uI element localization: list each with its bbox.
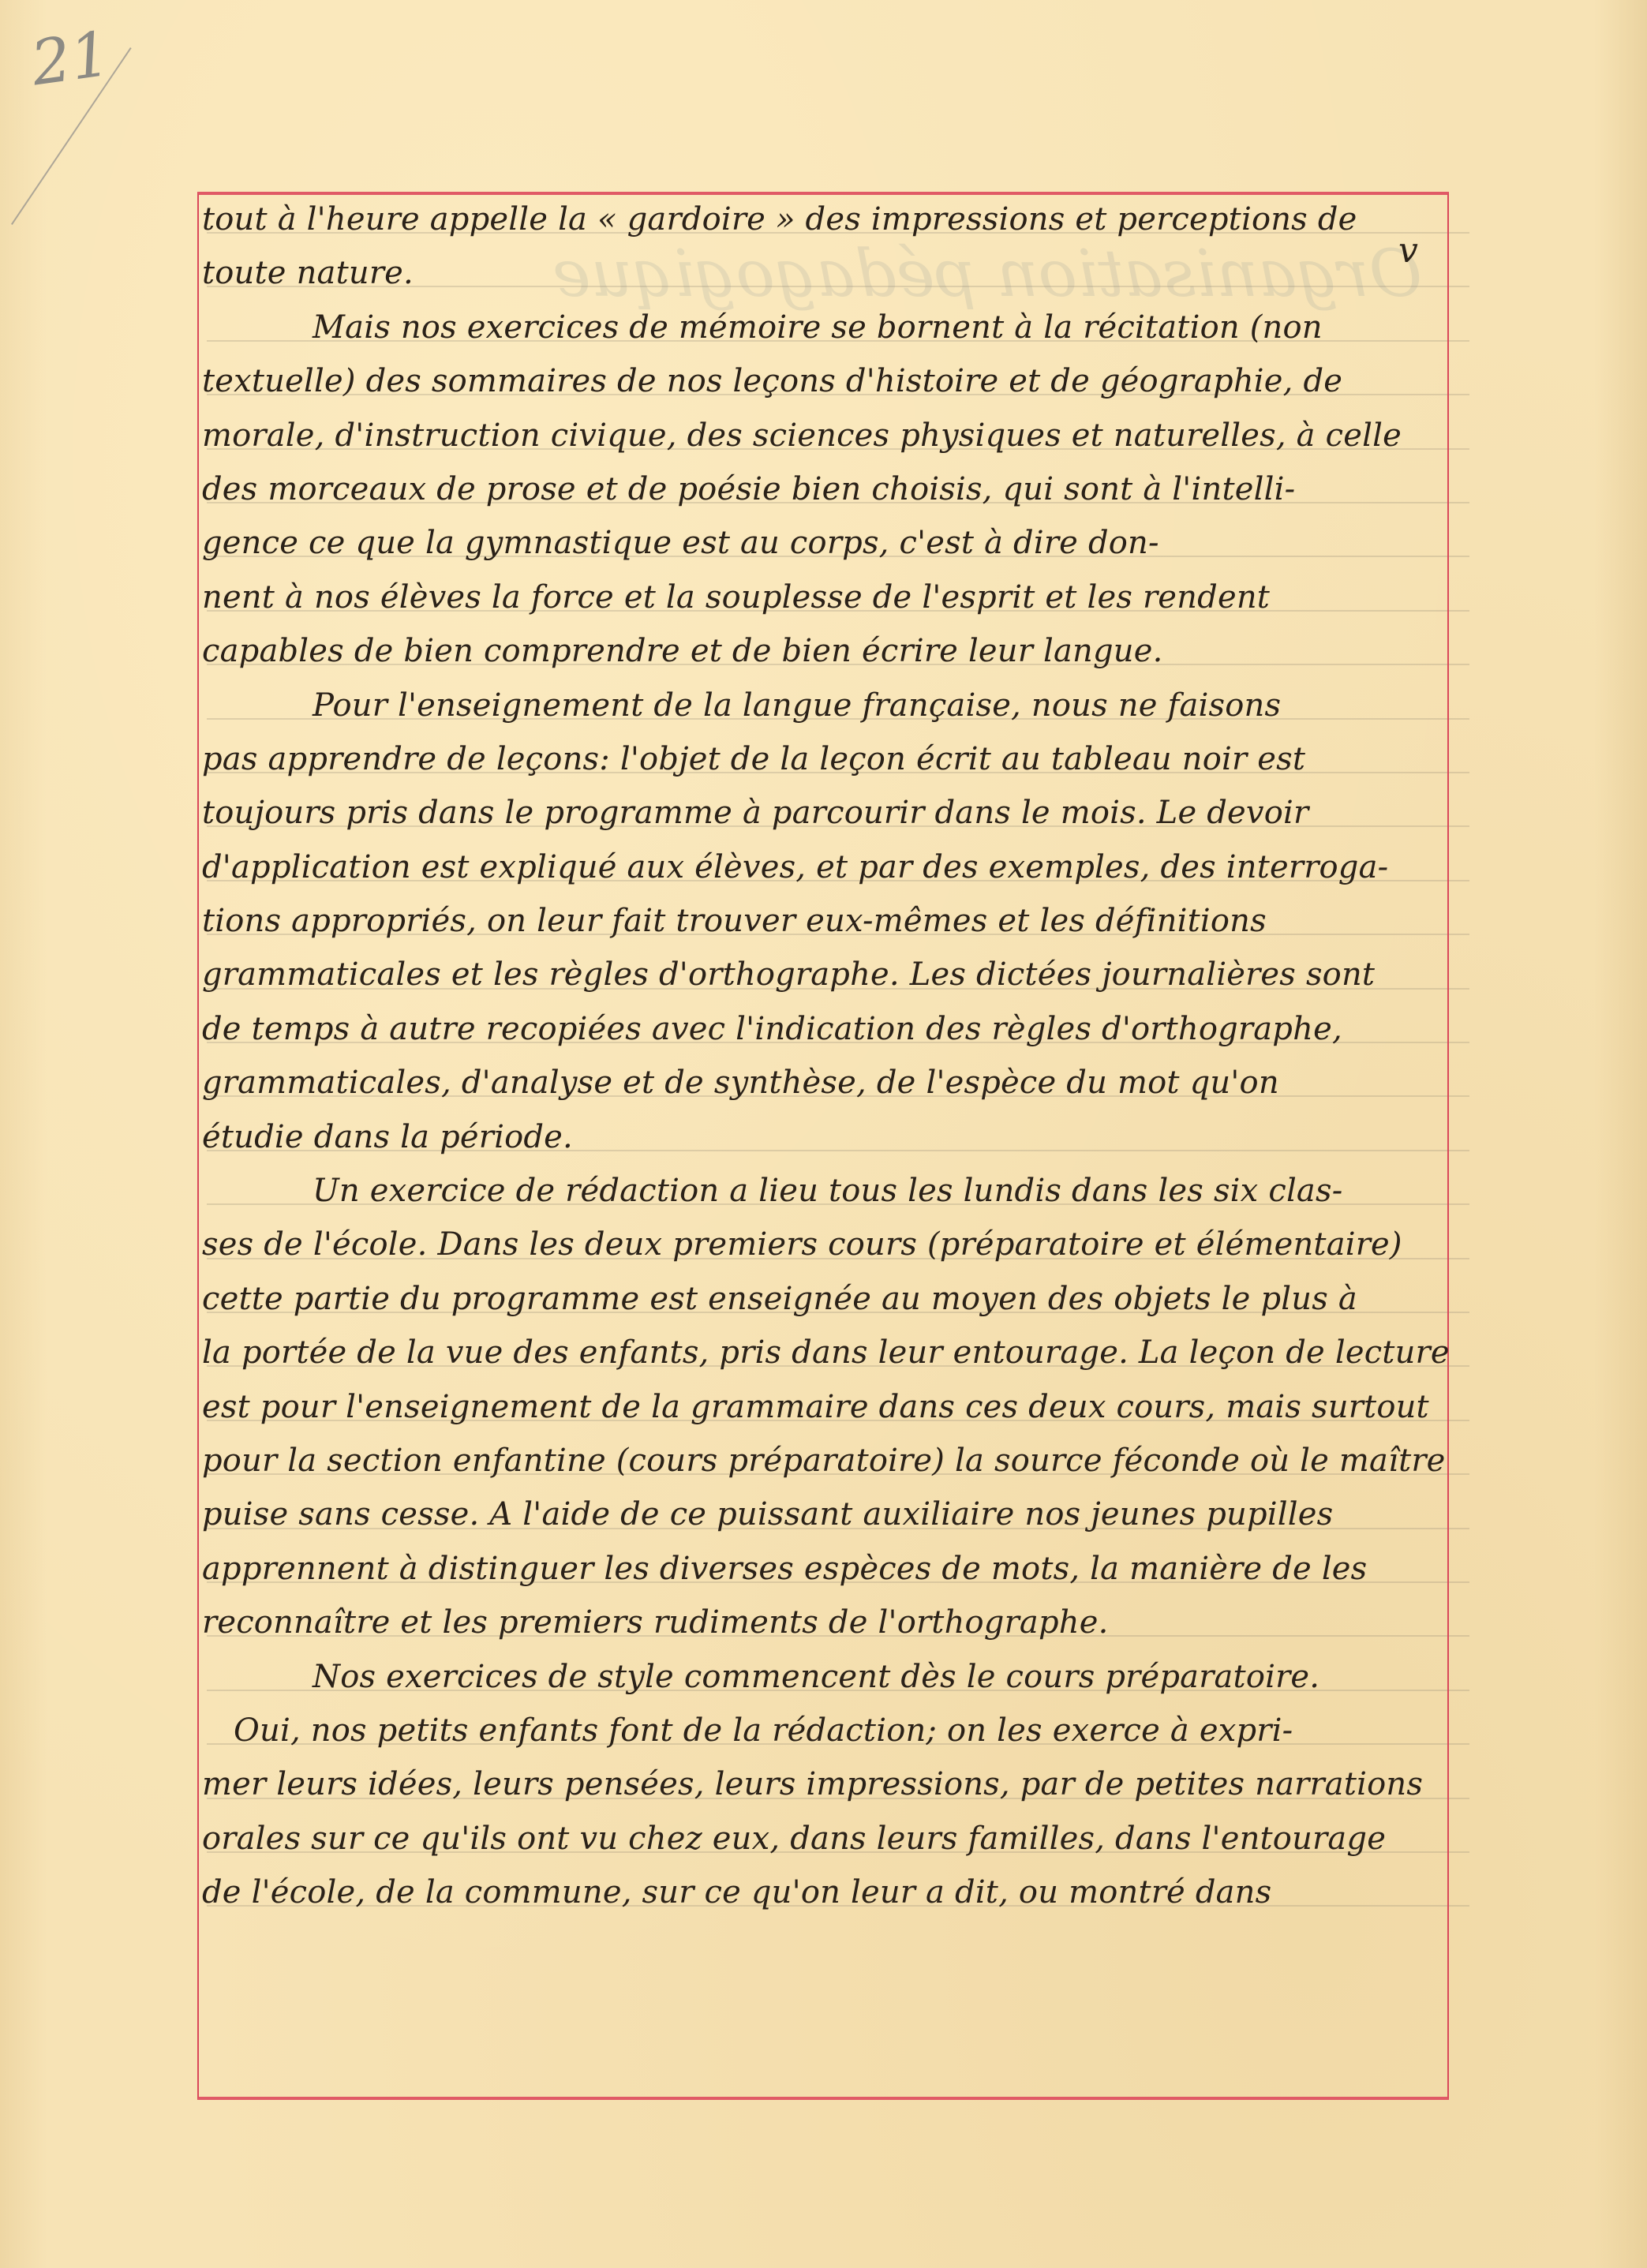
manuscript-line: d'application est expliqué aux élèves, e… — [202, 840, 1449, 894]
manuscript-line: grammaticales, d'analyse et de synthèse,… — [202, 1056, 1449, 1110]
manuscript-line: toute nature. — [202, 246, 1449, 300]
manuscript-line: toujours pris dans le programme à parcou… — [202, 786, 1449, 840]
manuscript-line: tions appropriés, on leur fait trouver e… — [202, 894, 1449, 948]
manuscript-line: ses de l'école. Dans les deux premiers c… — [202, 1218, 1449, 1271]
manuscript-line: Un exercice de rédaction a lieu tous les… — [202, 1164, 1449, 1218]
manuscript-line: Oui, nos petits enfants font de la rédac… — [202, 1704, 1449, 1757]
manuscript-line: capables de bien comprendre et de bien é… — [202, 624, 1449, 678]
manuscript-line: des morceaux de prose et de poésie bien … — [202, 462, 1449, 516]
manuscript-line: de temps à autre recopiées avec l'indica… — [202, 1002, 1449, 1056]
manuscript-line: la portée de la vue des enfants, pris da… — [202, 1326, 1449, 1379]
manuscript-line: est pour l'enseignement de la grammaire … — [202, 1380, 1449, 1434]
manuscript-line: nent à nos élèves la force et la souples… — [202, 571, 1449, 624]
manuscript-line: mer leurs idées, leurs pensées, leurs im… — [202, 1757, 1449, 1811]
manuscript-line: textuelle) des sommaires de nos leçons d… — [202, 354, 1449, 408]
manuscript-line: Pour l'enseignement de la langue françai… — [202, 679, 1449, 732]
manuscript-line: grammaticales et les règles d'orthograph… — [202, 948, 1449, 1001]
folio-number: 21 — [27, 19, 114, 100]
manuscript-line: pour la section enfantine (cours prépara… — [202, 1434, 1449, 1488]
manuscript-line: morale, d'instruction civique, des scien… — [202, 409, 1449, 462]
manuscript-line: orales sur ce qu'ils ont vu chez eux, da… — [202, 1812, 1449, 1866]
manuscript-line: pas apprendre de leçons: l'objet de la l… — [202, 732, 1449, 786]
manuscript-line: apprennent à distinguer les diverses esp… — [202, 1542, 1449, 1596]
manuscript-line: cette partie du programme est enseignée … — [202, 1272, 1449, 1326]
manuscript-line: étudie dans la période. — [202, 1110, 1449, 1164]
handwritten-text-block: tout à l'heure appelle la « gardoire » d… — [202, 193, 1449, 1920]
manuscript-line: gence ce que la gymnastique est au corps… — [202, 516, 1449, 570]
manuscript-line: tout à l'heure appelle la « gardoire » d… — [202, 193, 1449, 246]
manuscript-line: Mais nos exercices de mémoire se bornent… — [202, 301, 1449, 354]
manuscript-line: de l'école, de la commune, sur ce qu'on … — [202, 1866, 1449, 1919]
manuscript-line: Nos exercices de style commencent dès le… — [202, 1650, 1449, 1704]
manuscript-line: puise sans cesse. A l'aide de ce puissan… — [202, 1488, 1449, 1541]
manuscript-line: reconnaître et les premiers rudiments de… — [202, 1596, 1449, 1649]
